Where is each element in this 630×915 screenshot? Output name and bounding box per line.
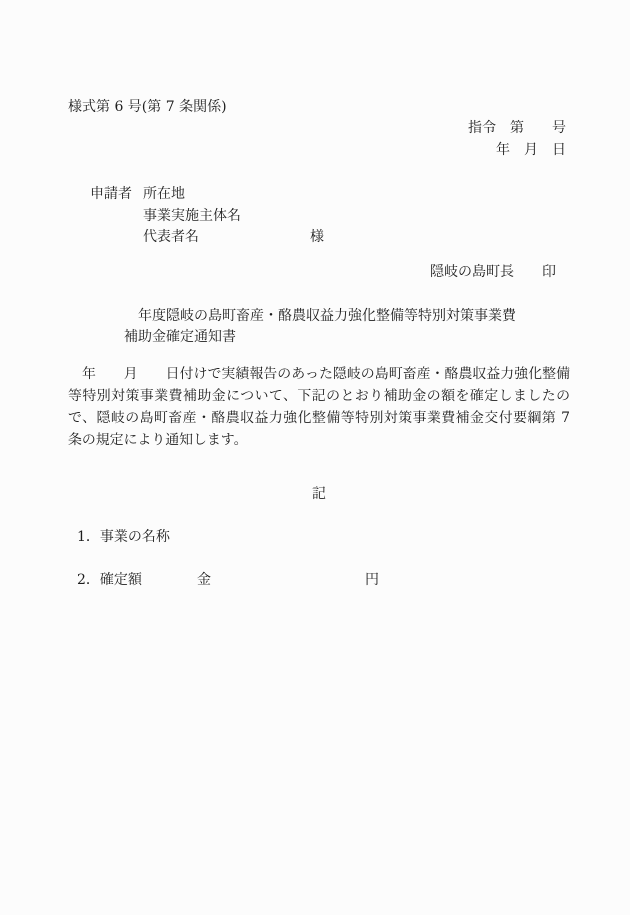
applicant-entity-label: 事業実施主体名 (143, 206, 241, 226)
honorific-sama: 様 (310, 227, 324, 247)
form-number: 様式第 6 号(第 7 条関係) (68, 97, 227, 117)
body-paragraph-line-3: で、隠岐の島町畜産・酪農収益力強化整備等特別対策事業費補金交付要綱第 7 (68, 408, 570, 430)
issue-date-line: 年 月 日 (496, 140, 566, 160)
applicant-address-label: 所在地 (143, 184, 185, 204)
applicant-label: 申請者 (90, 184, 132, 204)
body-paragraph-line-2: 等特別対策事業費補助金について、下記のとおり補助金の額を確定しましたの (68, 386, 570, 408)
body-paragraph-line-4: 条の規定により通知します。 (68, 430, 570, 450)
record-separator: 記 (68, 484, 570, 504)
amount-suffix-yen: 円 (365, 570, 379, 590)
mayor-signature-line: 隠岐の島町長 印 (430, 262, 556, 282)
item-1-business-name-label: 1．事業の名称 (77, 527, 170, 547)
applicant-representative-label: 代表者名 (143, 227, 199, 247)
amount-prefix-kin: 金 (197, 570, 211, 590)
directive-number-line: 指令 第 号 (468, 118, 566, 138)
notice-title-line1: 年度隠岐の島町畜産・酪農収益力強化整備等特別対策事業費 (138, 306, 516, 326)
item-2-confirmed-amount-label: 2．確定額 (77, 570, 142, 590)
document-page: 様式第 6 号(第 7 条関係) 指令 第 号 年 月 日 申請者 所在地 事業… (0, 0, 630, 915)
notice-title-line2: 補助金確定通知書 (124, 327, 236, 347)
body-paragraph-line-1: 年 月 日付けで実績報告のあった隠岐の島町畜産・酪農収益力強化整備 (68, 364, 570, 386)
